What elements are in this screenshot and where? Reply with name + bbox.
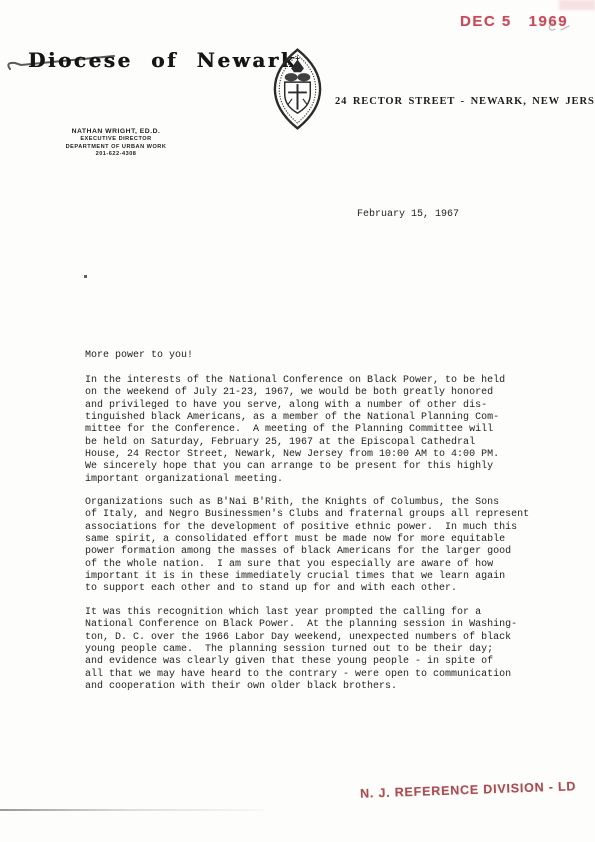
paragraph: It was this recognition which last year … [85, 607, 590, 693]
pencil-mark [543, 16, 573, 42]
contact-title: EXECUTIVE DIRECTOR [50, 136, 182, 144]
paragraph: In the interests of the National Confere… [85, 375, 590, 486]
ink-dot [84, 275, 87, 278]
letter-date: February 15, 1967 [357, 209, 595, 221]
letterhead-contact-block: NATHAN WRIGHT, ED.D. EXECUTIVE DIRECTOR … [50, 128, 182, 159]
contact-phone: 201-622-4308 [50, 151, 182, 159]
address-line: 24 RECTOR STREET - NEWARK, NEW JERSEY 07… [335, 96, 595, 107]
scan-artifact-line [0, 809, 265, 811]
paragraph: Organizations such as B'Nai B'Rith, the … [85, 497, 590, 596]
scanned-letter-page: DEC 5 1969 Diocese of Newark 24 RECTOR S… [0, 0, 595, 842]
diocese-seal-icon [268, 47, 327, 131]
stamp-smudge [559, 0, 595, 10]
reference-stamp: N. J. REFERENCE DIVISION - LD [360, 779, 577, 801]
contact-department: DEPARTMENT OF URBAN WORK [50, 144, 182, 152]
contact-name: NATHAN WRIGHT, ED.D. [50, 128, 182, 136]
organization-name: Diocese of Newark [28, 48, 297, 72]
salutation: More power to you! [85, 350, 590, 362]
